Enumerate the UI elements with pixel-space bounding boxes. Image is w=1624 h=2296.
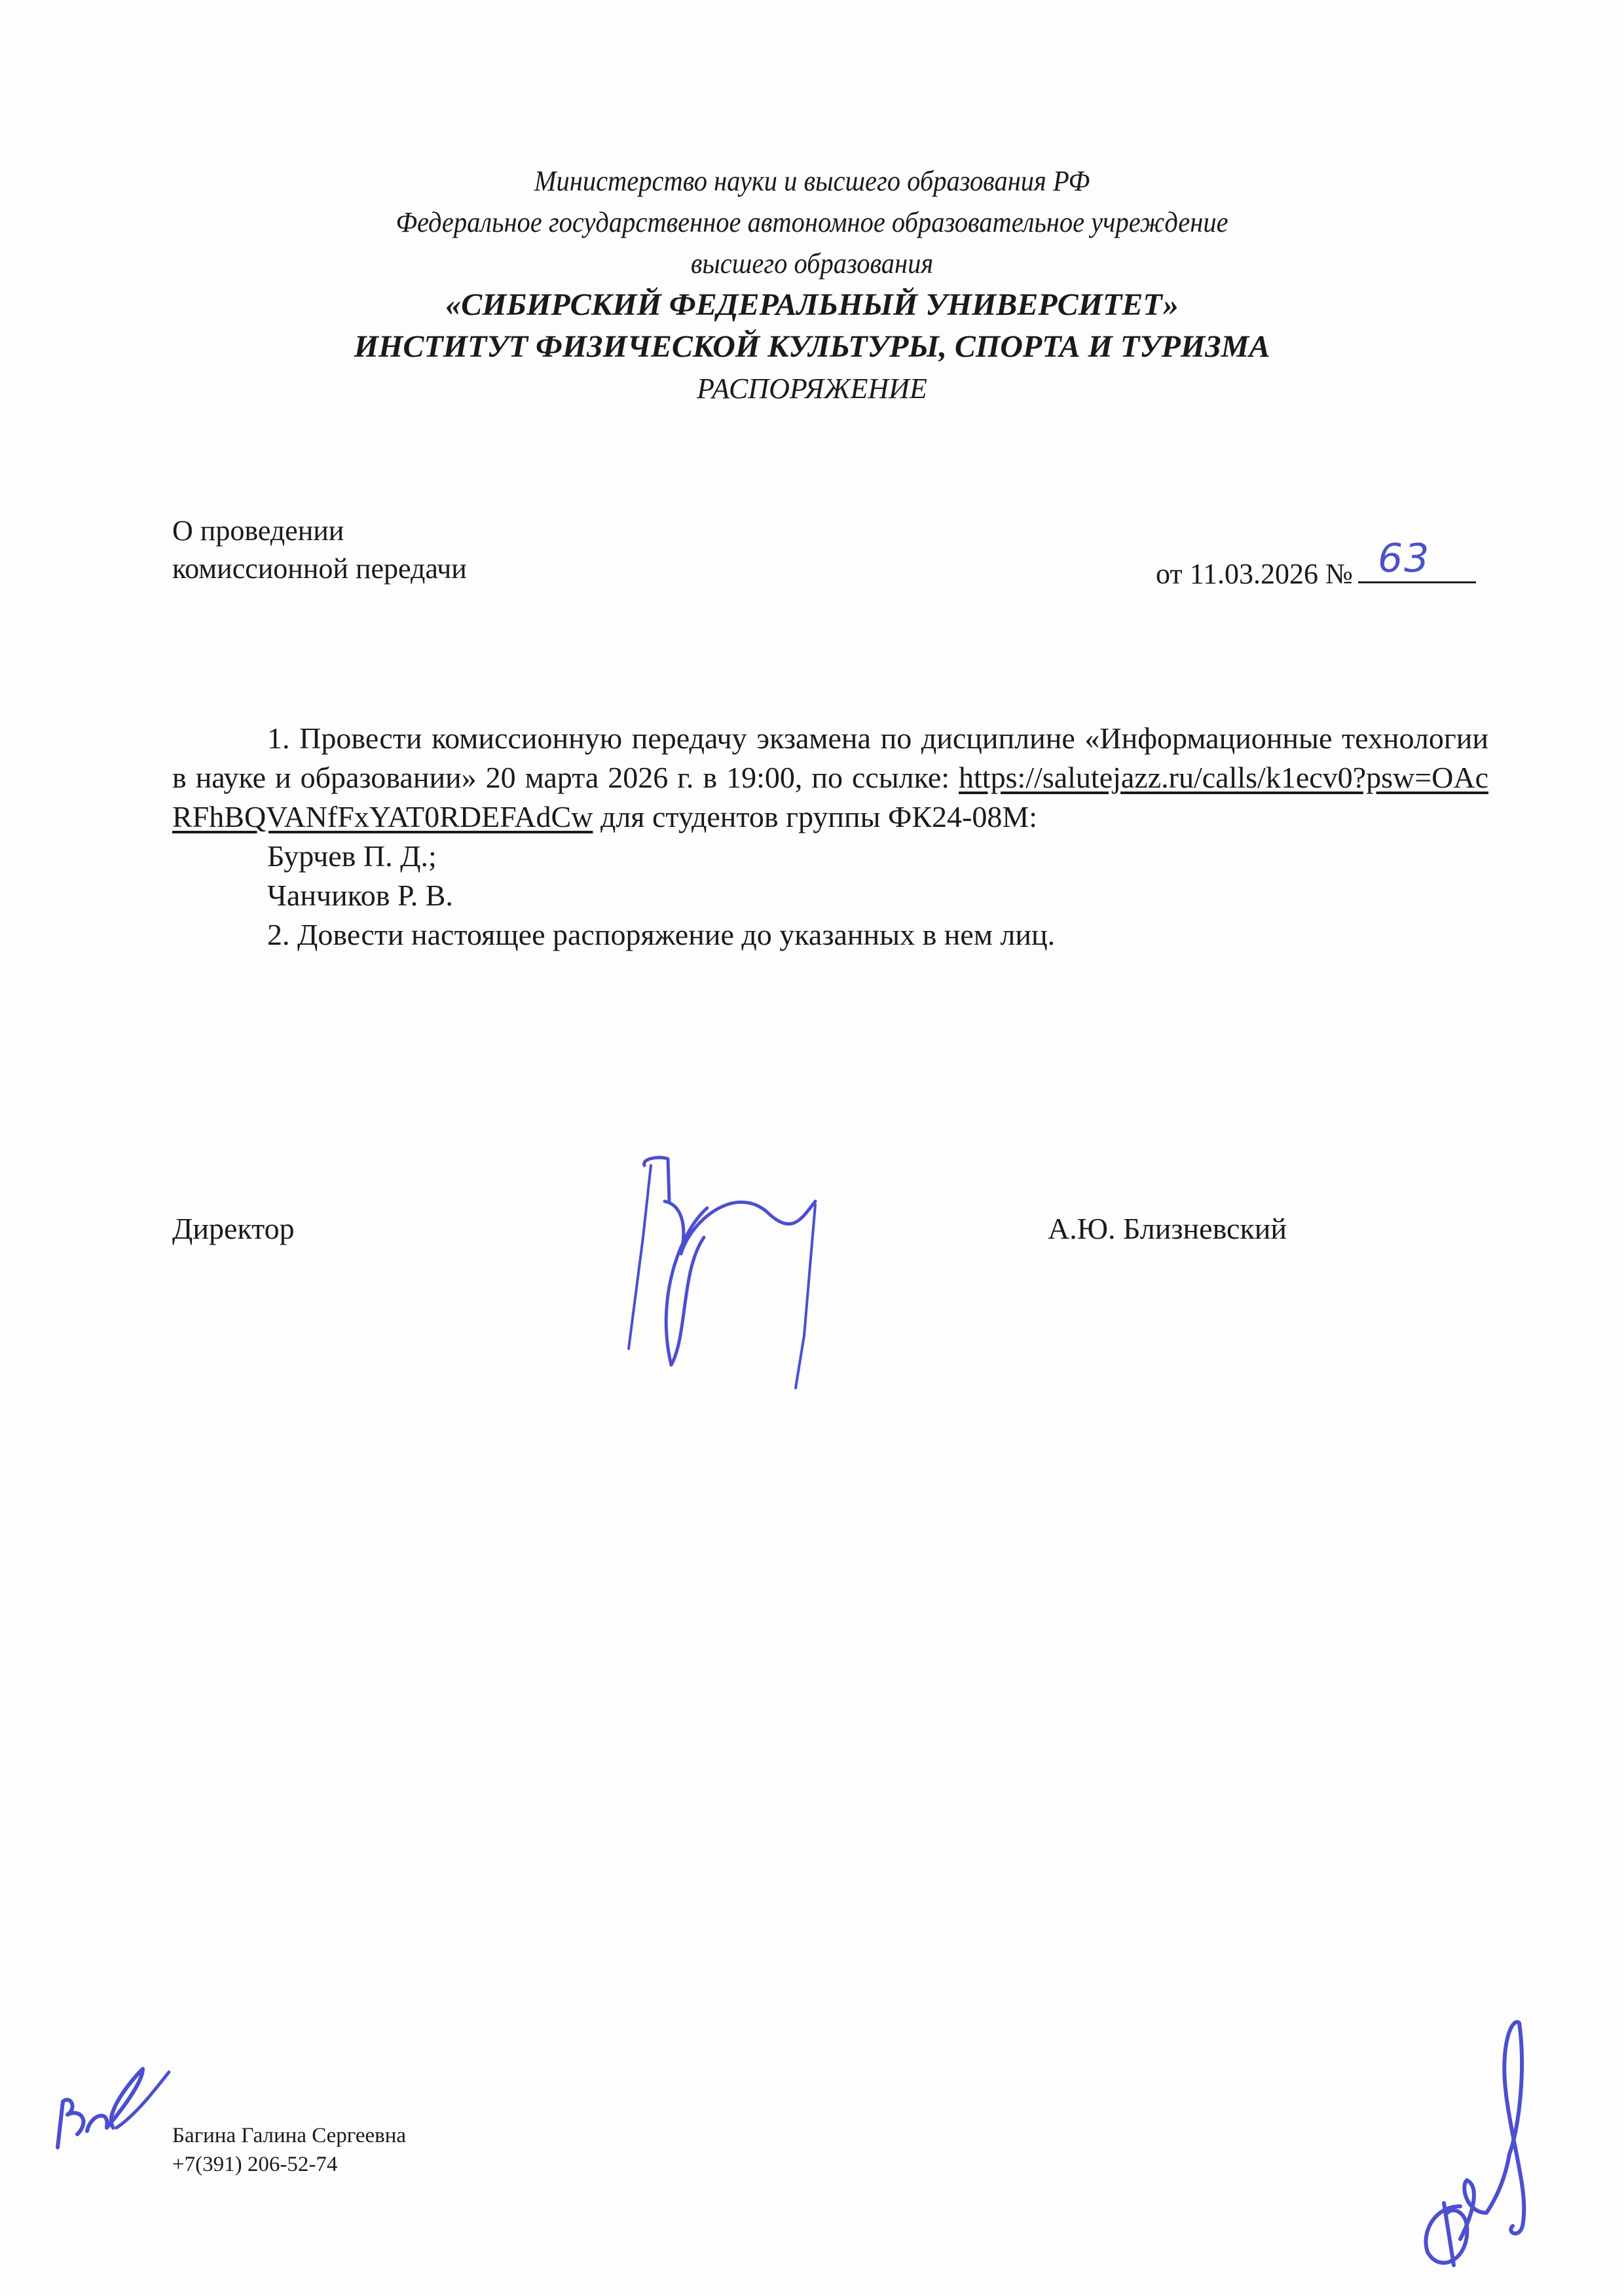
initials-signature-icon bbox=[51, 2069, 182, 2160]
approval-signature-icon bbox=[1414, 2016, 1559, 2278]
director-signature-icon bbox=[642, 1139, 838, 1401]
institution-type-line1: Федеральное государственное автономное о… bbox=[65, 202, 1559, 243]
executor-phone: +7(391) 206-52-74 bbox=[172, 2150, 406, 2179]
subject-line2: комиссионной передачи bbox=[172, 550, 467, 588]
document-subject: О проведении комиссионной передачи bbox=[172, 512, 467, 588]
document-type: РАСПОРЯЖЕНИЕ bbox=[0, 368, 1624, 410]
number-field: 63 bbox=[1358, 550, 1476, 583]
signatory-name: А.Ю. Близневский bbox=[1048, 1210, 1287, 1248]
student-2: Чанчиков Р. В. bbox=[172, 876, 1488, 915]
university-name: «СИБИРСКИЙ ФЕДЕРАЛЬНЫЙ УНИВЕРСИТЕТ» bbox=[0, 284, 1624, 326]
date-prefix: от 11.03.2026 № bbox=[1156, 558, 1353, 590]
document-date-number: от 11.03.2026 №63 bbox=[1156, 550, 1476, 593]
item-1: 1. Провести комиссионную передачу экзаме… bbox=[172, 719, 1488, 837]
document-header: Министерство науки и высшего образования… bbox=[0, 160, 1624, 410]
item-2: 2. Довести настоящее распоряжение до ука… bbox=[172, 915, 1488, 955]
handwritten-number: 63 bbox=[1378, 539, 1430, 577]
document-body: 1. Провести комиссионную передачу экзаме… bbox=[172, 719, 1488, 955]
signatory-position: Директор bbox=[172, 1210, 295, 1248]
item1-text-after: для студентов группы ФК24-08М: bbox=[593, 800, 1037, 833]
executor-name: Багина Галина Сергеевна bbox=[172, 2121, 406, 2150]
institution-type-line2: высшего образования bbox=[65, 243, 1559, 284]
subject-line1: О проведении bbox=[172, 512, 467, 550]
ministry-line: Министерство науки и высшего образования… bbox=[65, 160, 1559, 202]
institute-name: ИНСТИТУТ ФИЗИЧЕСКОЙ КУЛЬТУРЫ, СПОРТА И Т… bbox=[0, 326, 1624, 368]
executor-info: Багина Галина Сергеевна +7(391) 206-52-7… bbox=[172, 2121, 406, 2179]
student-1: Бурчев П. Д.; bbox=[172, 837, 1488, 876]
